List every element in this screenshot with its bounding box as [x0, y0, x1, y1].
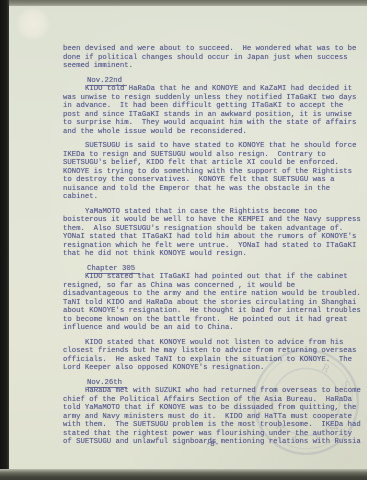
paragraph-continuation: been devised and were about to succeed. …: [63, 45, 362, 71]
scan-edge-bottom: [0, 469, 367, 480]
paragraph-harada-suzuki: HaRaDa met with SUZUKI who had returned …: [63, 387, 362, 447]
section-heading-nov22: Nov.22nd: [87, 77, 362, 86]
page-number: -8-: [63, 441, 362, 450]
paragraph-kido-cabinet: KIDO stated that ITaGaKI had pointed out…: [63, 273, 362, 333]
section-heading-nov26: Nov.26th: [87, 379, 362, 388]
scan-edge-left: [0, 0, 9, 480]
paragraph-kido-resign: KIDO told HaRaDa that he and KONOYE and …: [63, 85, 362, 136]
paragraph-kido-advice: KIDO stated that KONOYE would not listen…: [63, 339, 362, 373]
scanned-document-page: R S I R G I N been devised and were abou…: [0, 0, 367, 480]
paragraph-suetsugu: SUETSUGU is said to have stated to KONOY…: [63, 142, 362, 202]
paragraph-yamamoto: YaMaMOTO stated that in case the Rightis…: [63, 208, 362, 259]
paper-smudge: [16, 8, 50, 40]
section-heading-chapter-305: Chapter 305: [87, 265, 362, 274]
text-column: been devised and were about to succeed. …: [63, 45, 362, 447]
scan-edge-top: [0, 0, 367, 6]
